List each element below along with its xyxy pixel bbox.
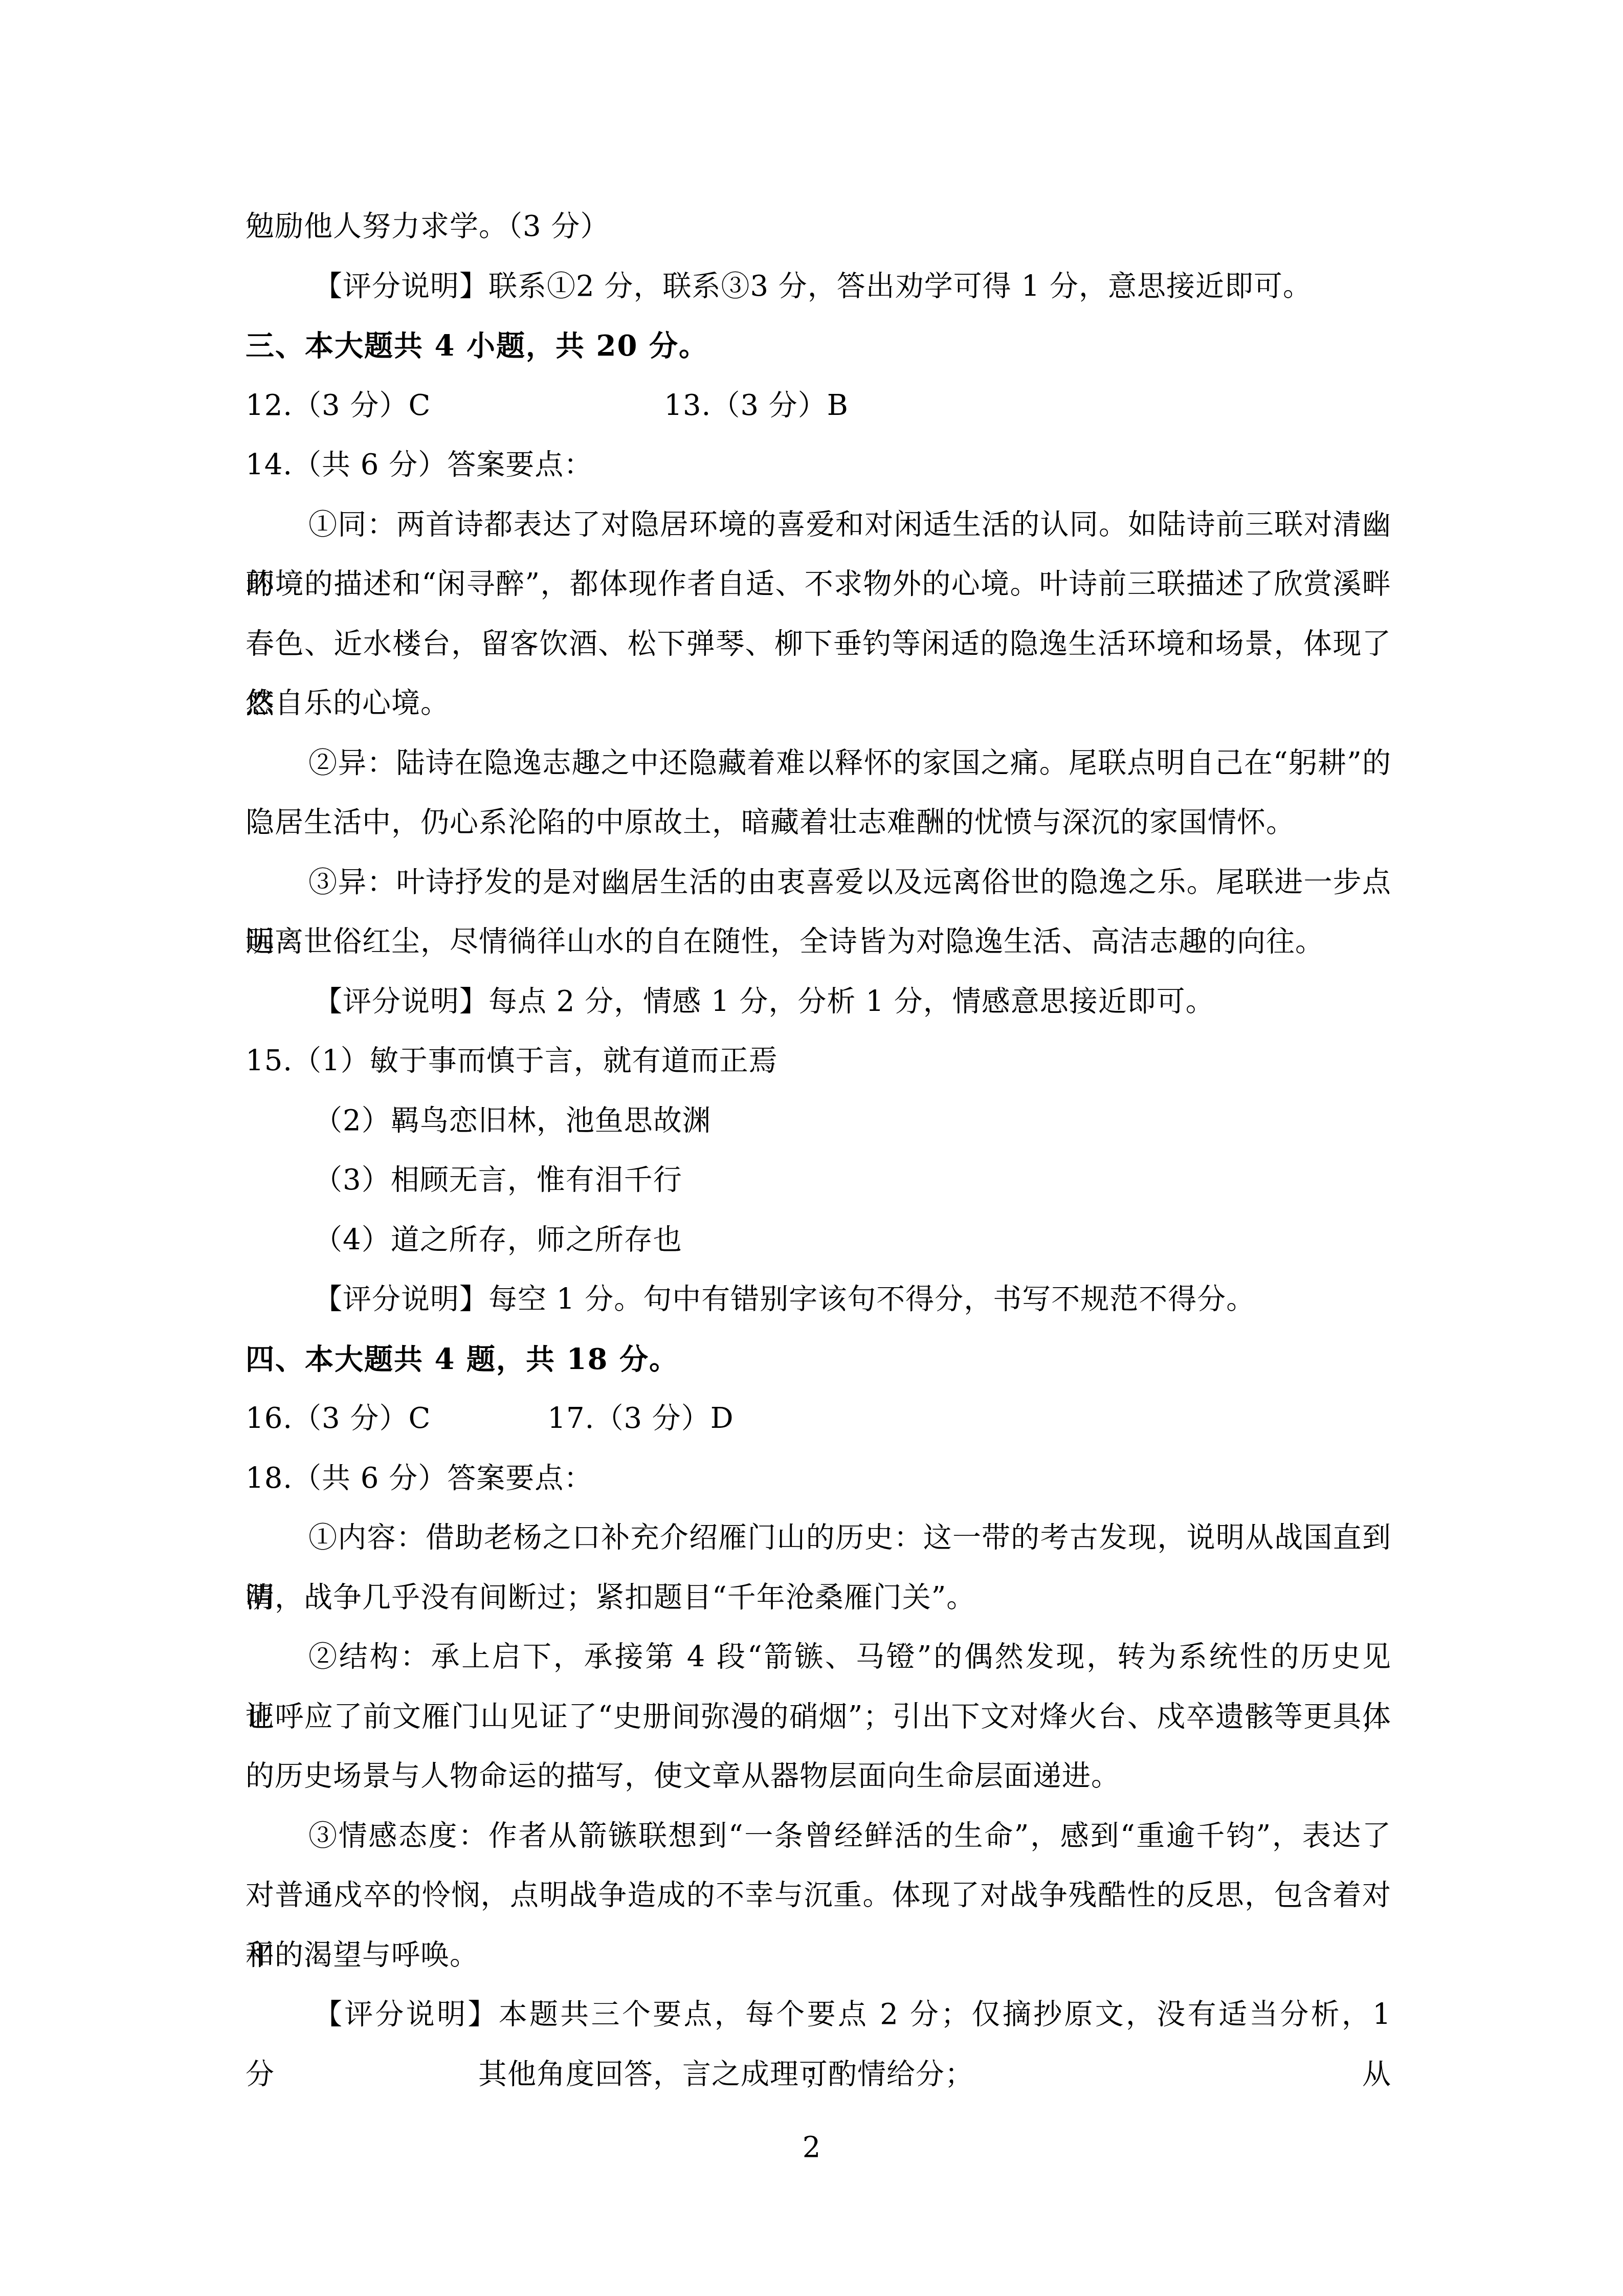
text-line: 18.（共 6 分）答案要点： xyxy=(246,1449,1391,1509)
document-page: 勉励他人努力求学。（3 分）【评分说明】联系①2 分，联系③3 分，答出劝学可得… xyxy=(0,0,1623,2296)
text-line: 四、本大题共 4 题，共 18 分。 xyxy=(246,1330,1391,1389)
text-line: 然自乐的心境。 xyxy=(246,674,1391,734)
text-line: 环境的描述和“闲寻醉”，都体现作者自适、不求物外的心境。叶诗前三联描述了欣赏溪畔 xyxy=(246,555,1391,614)
text-line: 勉励他人努力求学。（3 分） xyxy=(246,197,1391,257)
text-line: 春色、近水楼台，留客饮酒、松下弹琴、柳下垂钓等闲适的隐逸生活环境和场景，体现了悠 xyxy=(246,614,1391,674)
text-line: 的历史场景与人物命运的描写，使文章从器物层面向生命层面递进。 xyxy=(246,1747,1391,1806)
text-line: 【评分说明】每点 2 分，情感 1 分，分析 1 分，情感意思接近即可。 xyxy=(246,972,1391,1032)
text-line: 隐居生活中，仍心系沦陷的中原故土，暗藏着壮志难酬的忧愤与深沉的家国情怀。 xyxy=(246,793,1391,853)
text-line: 【评分说明】本题共三个要点，每个要点 2 分；仅摘抄原文，没有适当分析，1 分；… xyxy=(246,1985,1391,2045)
text-line: （4）道之所存，师之所存也 xyxy=(246,1210,1391,1270)
text-line: 12.（3 分）C 13.（3 分）B xyxy=(246,376,1391,436)
text-line: 对普通戍卒的怜悯，点明战争造成的不幸与沉重。体现了对战争残酷性的反思，包含着对和 xyxy=(246,1866,1391,1926)
page-number: 2 xyxy=(0,2118,1623,2178)
text-line: 14.（共 6 分）答案要点： xyxy=(246,435,1391,495)
text-line: 【评分说明】联系①2 分，联系③3 分，答出劝学可得 1 分，意思接近即可。 xyxy=(246,257,1391,317)
text-line: 远离世俗红尘，尽情徜徉山水的自在随性，全诗皆为对隐逸生活、高洁志趣的向往。 xyxy=(246,912,1391,972)
text-line: （3）相顾无言，惟有泪千行 xyxy=(246,1151,1391,1210)
document-body: 勉励他人努力求学。（3 分）【评分说明】联系①2 分，联系③3 分，答出劝学可得… xyxy=(246,197,1391,2104)
text-line: 【评分说明】每空 1 分。句中有错别字该句不得分，书写不规范不得分。 xyxy=(246,1270,1391,1330)
text-line: ③情感态度：作者从箭镞联想到“一条曾经鲜活的生命”，感到“重逾千钧”，表达了 xyxy=(246,1806,1391,1866)
text-line: 也呼应了前文雁门山见证了“史册间弥漫的硝烟”；引出下文对烽火台、戍卒遗骸等更具体 xyxy=(246,1687,1391,1747)
text-line: 三、本大题共 4 小题，共 20 分。 xyxy=(246,316,1391,376)
text-line: 15.（1）敏于事而慎于言，就有道而正焉 xyxy=(246,1031,1391,1091)
text-line: ③异：叶诗抒发的是对幽居生活的由衷喜爱以及远离俗世的隐逸之乐。尾联进一步点明 xyxy=(246,853,1391,913)
text-line: 平的渴望与呼唤。 xyxy=(246,1926,1391,1985)
text-line: ①内容：借助老杨之口补充介绍雁门山的历史：这一带的考古发现，说明从战国直到明 xyxy=(246,1508,1391,1568)
text-line: 16.（3 分）C 17.（3 分）D xyxy=(246,1389,1391,1449)
text-line: 清，战争几乎没有间断过；紧扣题目“千年沧桑雁门关”。 xyxy=(246,1568,1391,1628)
text-line: （2）羁鸟恋旧林，池鱼思故渊 xyxy=(246,1091,1391,1151)
text-line: ②异：陆诗在隐逸志趣之中还隐藏着难以释怀的家国之痛。尾联点明自己在“躬耕”的 xyxy=(246,734,1391,793)
text-line: ②结构：承上启下，承接第 4 段“箭镞、马镫”的偶然发现，转为系统性的历史见证， xyxy=(246,1627,1391,1687)
text-line: ①同：两首诗都表达了对隐居环境的喜爱和对闲适生活的认同。如陆诗前三联对清幽的 xyxy=(246,495,1391,555)
